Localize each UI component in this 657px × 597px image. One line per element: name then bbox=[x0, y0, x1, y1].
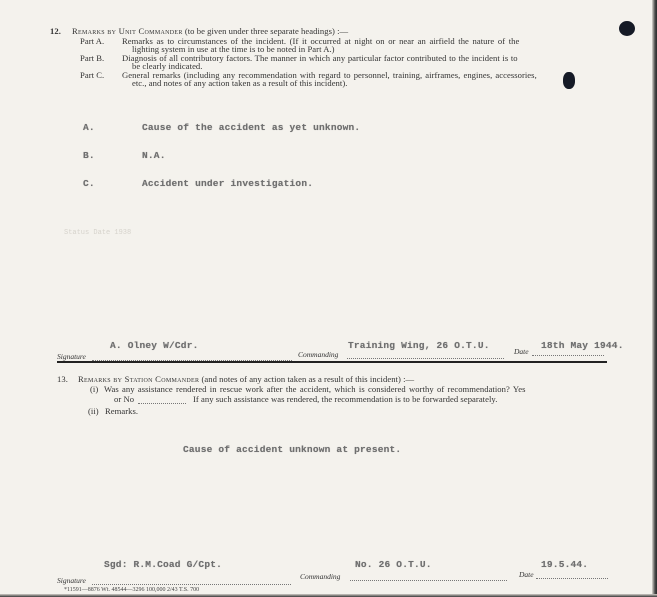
section-12-number: 12. bbox=[50, 26, 61, 36]
section-12-title: Remarks by Unit Commander bbox=[72, 26, 183, 36]
part-c-line2: etc., and notes of any action taken as a… bbox=[132, 78, 347, 88]
section-12-commanding-line bbox=[347, 358, 504, 359]
question-1-line2: If any such assistance was rendered, the… bbox=[193, 394, 497, 404]
section-13-signature-label: Signature bbox=[57, 576, 86, 585]
typed-entry-b-letter: B. bbox=[83, 150, 95, 161]
question-1-label: (i) bbox=[90, 384, 98, 394]
document-page: 12. Remarks by Unit Commander (to be giv… bbox=[0, 0, 652, 597]
part-a-label: Part A. bbox=[80, 36, 104, 46]
section-12-signature-label: Signature bbox=[57, 352, 86, 361]
punch-hole-top bbox=[619, 21, 635, 36]
section-13-heading: Remarks by Station Commander (and notes … bbox=[78, 374, 414, 384]
typed-entry-c-text: Accident under investigation. bbox=[142, 178, 313, 189]
typed-entry-a-letter: A. bbox=[83, 122, 95, 133]
section-13-date-label: Date bbox=[519, 570, 534, 579]
typed-entry-a-text: Cause of the accident as yet unknown. bbox=[142, 122, 360, 133]
section-13-date-line bbox=[536, 578, 608, 579]
section-divider bbox=[57, 361, 607, 363]
printer-imprint: *11591—8876 Wt. 48544—3296 100,000 2/43 … bbox=[64, 587, 199, 593]
part-b-label: Part B. bbox=[80, 53, 104, 63]
section-12-commanding-value: Training Wing, 26 O.T.U. bbox=[348, 340, 490, 351]
part-c-label: Part C. bbox=[80, 70, 104, 80]
section-13-number: 13. bbox=[57, 374, 68, 384]
question-1-no-answer-line bbox=[138, 403, 186, 404]
station-typed-remark: Cause of accident unknown at present. bbox=[183, 444, 401, 455]
section-13-heading-suffix: (and notes of any action taken as a resu… bbox=[201, 374, 414, 384]
typed-entry-c-letter: C. bbox=[83, 178, 95, 189]
typed-entry-b-text: N.A. bbox=[142, 150, 166, 161]
section-13-commanding-label: Commanding bbox=[300, 572, 340, 581]
section-12-heading: Remarks by Unit Commander (to be given u… bbox=[72, 26, 348, 36]
punch-hole-ink-blot bbox=[563, 72, 575, 89]
section-13-signature-line bbox=[92, 584, 291, 585]
section-13-title: Remarks by Station Commander bbox=[78, 374, 199, 384]
question-1-or-no: or No bbox=[114, 394, 134, 404]
question-2-text: Remarks. bbox=[105, 406, 138, 416]
section-13-date-value: 19.5.44. bbox=[541, 559, 588, 570]
section-12-date-line bbox=[532, 355, 604, 356]
question-2-label: (ii) bbox=[88, 406, 99, 416]
section-12-signature-value: A. Olney W/Cdr. bbox=[110, 340, 199, 351]
section-12-heading-suffix: (to be given under three separate headin… bbox=[185, 26, 348, 36]
section-13-commanding-value: No. 26 O.T.U. bbox=[355, 559, 432, 570]
section-12-date-value: 18th May 1944. bbox=[541, 340, 624, 351]
section-12-date-label: Date bbox=[514, 347, 529, 356]
page-edge-right bbox=[652, 0, 657, 597]
bleedthrough-text: Status Date 1938 bbox=[64, 229, 131, 237]
question-1-line1: Was any assistance rendered in rescue wo… bbox=[104, 384, 526, 394]
section-13-commanding-line bbox=[350, 580, 507, 581]
section-13-signature-value: Sgd: R.M.Coad G/Cpt. bbox=[104, 559, 222, 570]
section-12-commanding-label: Commanding bbox=[298, 350, 338, 359]
